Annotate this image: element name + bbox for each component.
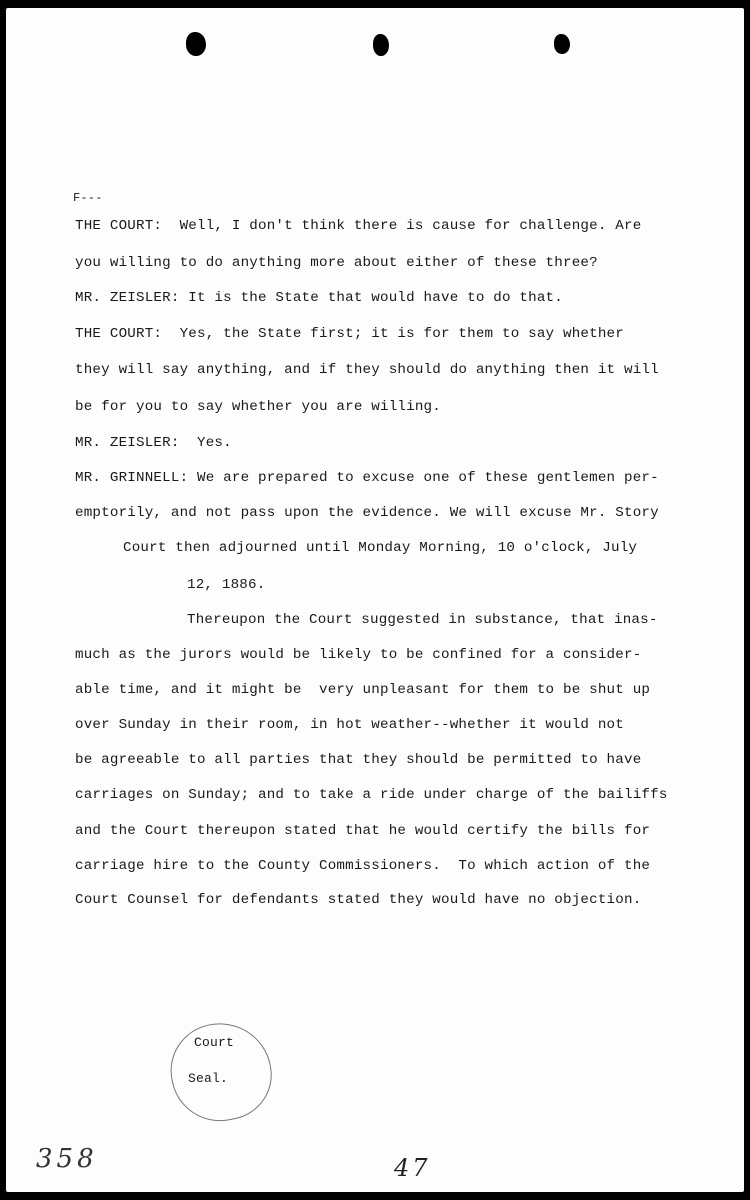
paragraph-line: and the Court thereupon stated that he w…	[75, 823, 650, 839]
paragraph-line: much as the jurors would be likely to be…	[75, 647, 641, 663]
transcript-line: MR. ZEISLER: It is the State that would …	[75, 290, 563, 306]
transcript-line: THE COURT: Well, I don't think there is …	[75, 218, 641, 234]
transcript-line: be for you to say whether you are willin…	[75, 399, 441, 415]
paragraph-line: Court Counsel for defendants stated they…	[75, 892, 641, 908]
transcript-line: you willing to do anything more about ei…	[75, 255, 598, 271]
transcript-line: MR. ZEISLER: Yes.	[75, 435, 232, 451]
punch-hole-center	[373, 34, 389, 56]
page-number: 47	[394, 1154, 431, 1182]
paragraph-line: able time, and it might be very unpleasa…	[75, 682, 650, 698]
paragraph-line: Thereupon the Court suggested in substan…	[187, 612, 658, 628]
seal-text-seal: Seal.	[188, 1071, 228, 1086]
paragraph-line: over Sunday in their room, in hot weathe…	[75, 717, 624, 733]
punch-hole-right	[554, 34, 570, 54]
seal-text-court: Court	[194, 1035, 234, 1050]
punch-hole-left	[186, 32, 206, 56]
transcript-line: they will say anything, and if they shou…	[75, 362, 659, 378]
adjournment-line: Court then adjourned until Monday Mornin…	[123, 540, 637, 556]
paragraph-line: carriages on Sunday; and to take a ride …	[75, 787, 668, 803]
adjournment-date: 12, 1886.	[187, 577, 265, 593]
document-page: F--- THE COURT: Well, I don't think ther…	[6, 8, 744, 1192]
paragraph-line: carriage hire to the County Commissioner…	[75, 858, 650, 874]
paragraph-line: be agreeable to all parties that they sh…	[75, 752, 641, 768]
handwritten-number: 358	[36, 1144, 98, 1174]
transcript-line: MR. GRINNELL: We are prepared to excuse …	[75, 470, 659, 486]
transcript-line: THE COURT: Yes, the State first; it is f…	[75, 326, 624, 342]
transcript-line: emptorily, and not pass upon the evidenc…	[75, 505, 659, 521]
section-marker: F---	[73, 191, 103, 205]
